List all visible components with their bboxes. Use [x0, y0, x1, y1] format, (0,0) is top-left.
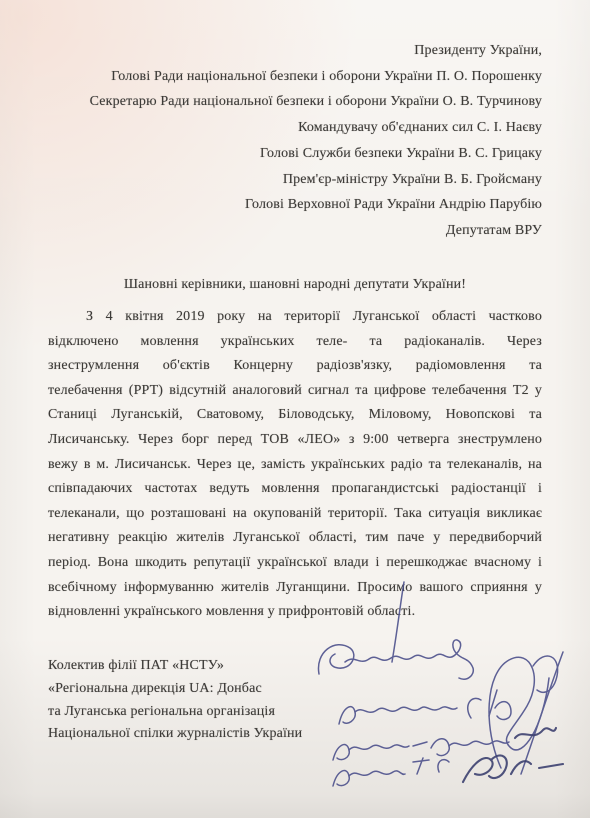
- addressee-line: Прем'єр-міністру України В. Б. Гройсману: [48, 167, 542, 193]
- addressee-line: Голові Верховної Ради України Андрію Пар…: [48, 192, 542, 218]
- body-line: вежу в м. Лисичанськ. Через це, замість …: [48, 453, 542, 478]
- closing-line: Колектив філії ПАТ «НСТУ»: [48, 655, 302, 678]
- body-line: співпадаючих частотах ведуть мовлення пр…: [48, 477, 542, 502]
- closing-block: Колектив філії ПАТ «НСТУ» «Регіональна д…: [48, 655, 302, 746]
- addressee-line: Депутатам ВРУ: [48, 218, 542, 244]
- closing-line: Національної спілки журналістів України: [48, 723, 302, 746]
- body-line: знеструмлення об'єктів Концерну радіозв'…: [48, 354, 542, 379]
- body-line: телеканали, що розташовані на окупованій…: [48, 502, 542, 527]
- addressee-line: Голові Ради національної безпеки і оборо…: [48, 64, 542, 90]
- addressee-line: Секретарю Ради національної безпеки і об…: [48, 89, 542, 115]
- body-line: відключено мовлення українських теле- та…: [48, 330, 542, 355]
- addressee-block: Президенту України, Голові Ради націонал…: [48, 38, 542, 244]
- body-line: З 4 квітня 2019 року на території Луганс…: [48, 305, 542, 330]
- salutation: Шановні керівники, шановні народні депут…: [48, 276, 542, 294]
- addressee-line: Голові Служби безпеки України В. С. Гриц…: [48, 141, 542, 167]
- body-line: негативну реакцію жителів Луганської обл…: [48, 526, 542, 551]
- letter-page: Президенту України, Голові Ради націонал…: [0, 0, 590, 818]
- addressee-line: Командувачу об'єднаних сил С. І. Наєву: [48, 115, 542, 141]
- letter-body: З 4 квітня 2019 року на території Луганс…: [48, 305, 542, 625]
- closing-line: та Луганська регіональна організація: [48, 701, 302, 724]
- body-line: телебачення (РРТ) відсутній аналоговий с…: [48, 379, 542, 404]
- body-line: Лисичанську. Через борг перед ТОВ «ЛЕО» …: [48, 428, 542, 453]
- body-line: період. Вона шкодить репутації українськ…: [48, 551, 542, 576]
- addressee-line: Президенту України,: [48, 38, 542, 64]
- body-line: Станиці Луганській, Сватовому, Біловодсь…: [48, 403, 542, 428]
- closing-line: «Регіональна дирекція UA: Донбас: [48, 678, 302, 701]
- handwritten-signatures-ink: [305, 578, 577, 810]
